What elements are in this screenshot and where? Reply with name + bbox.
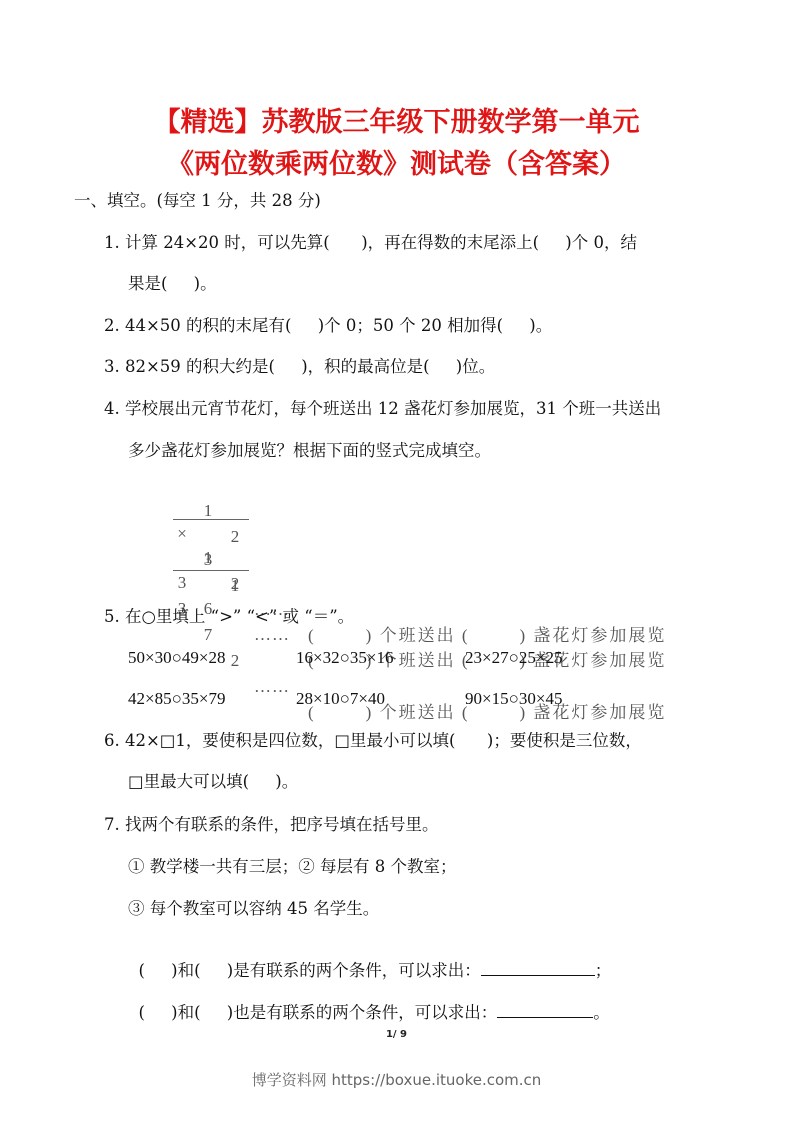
footer-watermark: 博学资料网 https://boxue.ituoke.com.cn	[0, 1069, 793, 1090]
calc-row-text: ( ) 个班送出 ( ) 盏花灯参加展览	[308, 623, 666, 649]
comparison-item: 16×32○35×16	[296, 648, 393, 668]
question-4-line1: 4. 学校展出元宵节花灯，每个班送出 12 盏花灯参加展览，31 个班一共送出	[104, 399, 661, 419]
condition-3: ③ 每个教室可以容纳 45 名学生。	[128, 899, 379, 919]
answer-1-suffix: ；	[595, 961, 612, 980]
answer-2-suffix: 。	[593, 1003, 610, 1022]
answer-2-prefix: ( )和( )也是有联系的两个条件，可以求出：	[139, 1003, 498, 1022]
result-digit: 2	[225, 648, 245, 674]
comparison-item: 50×30○49×28	[128, 648, 225, 668]
question-6-line1: 6. 42×□1，要使积是四位数，□里最小可以填( )；要使积是三位数，	[104, 731, 642, 751]
answer-1-blank[interactable]	[481, 961, 595, 976]
answer-2-blank[interactable]	[497, 1003, 593, 1018]
question-1-line1: 1. 计算 24×20 时，可以先算( )，再在得数的末尾添上( )个 0，结	[104, 233, 637, 253]
question-6-line2: □里最大可以填( )。	[128, 772, 298, 792]
answer-line-2: ( )和( )也是有联系的两个条件，可以求出：。	[128, 983, 610, 1023]
question-4-line2: 多少盏花灯参加展览？根据下面的竖式完成填空。	[128, 441, 491, 461]
question-2: 2. 44×50 的积的末尾有( )个 0；50 个 20 相加得( )。	[104, 316, 552, 336]
comparison-item: 90×15○30×45	[465, 689, 562, 709]
page-number: 1/ 9	[0, 1029, 793, 1040]
answer-line-1: ( )和( )是有联系的两个条件，可以求出：；	[128, 941, 611, 981]
question-3: 3. 82×59 的积大约是( )，积的最高位是( )位。	[104, 357, 495, 377]
section-heading: 一、填空。(每空 1 分，共 28 分)	[74, 191, 321, 211]
question-5: 5. 在○里填上 “>” “<” 或 “＝”。	[104, 607, 354, 627]
document-title-line2: 《两位数乘两位数》测试卷（含答案）	[0, 142, 793, 181]
condition-1-2: ① 教学楼一共有三层；② 每层有 8 个教室；	[128, 857, 456, 877]
document-title-line1: 【精选】苏教版三年级下册数学第一单元	[0, 100, 793, 139]
dots: ……	[254, 674, 290, 700]
vertical-multiplication: 1 2 × 3 1 1 2 …… ( ) 个班送出 ( ) 盏花灯参加展览 3 …	[170, 472, 660, 594]
question-7: 7. 找两个有联系的条件，把序号填在括号里。	[104, 815, 439, 835]
comparison-item: 42×85○35×79	[128, 689, 225, 709]
question-1-line2: 果是( )。	[128, 274, 217, 294]
comparison-item: 28×10○7×40	[296, 689, 385, 709]
answer-1-prefix: ( )和( )是有联系的两个条件，可以求出：	[139, 961, 481, 980]
comparison-item: 23×27○25×25	[465, 648, 562, 668]
